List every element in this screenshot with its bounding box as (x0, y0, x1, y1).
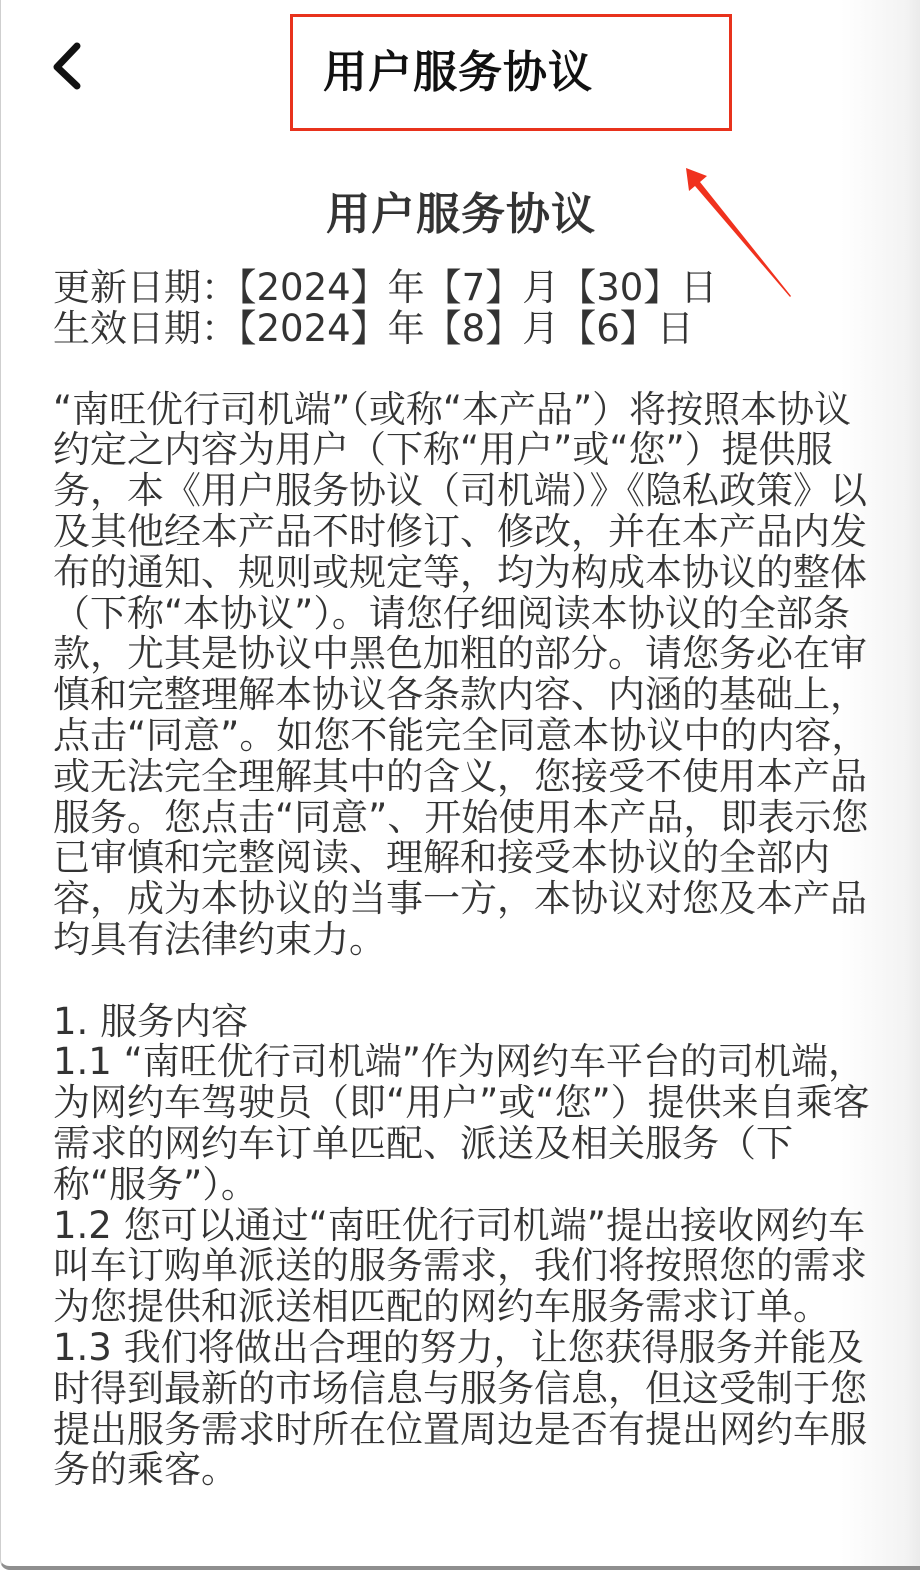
section-item: 1.1 “南旺优行司机端”作为网约车平台的司机端，为网约车驾驶员（即“用户”或“… (53, 1042, 883, 1205)
intro-paragraph: “南旺优行司机端”（或称“本产品”）将按照本协议约定之内容为用户（下称“用户”或… (53, 390, 883, 961)
effective-date: 生效日期：【2024】年【8】月【6】日 (53, 309, 883, 350)
section-item: 1.3 我们将做出合理的努力，让您获得服务并能及时得到最新的市场信息与服务信息，… (53, 1328, 883, 1491)
update-date: 更新日期：【2024】年【7】月【30】日 (53, 268, 883, 309)
document-title: 用户服务协议 (1, 178, 920, 242)
document-body: 更新日期：【2024】年【7】月【30】日 生效日期：【2024】年【8】月【6… (53, 268, 883, 1491)
back-button[interactable] (45, 40, 93, 94)
date-block: 更新日期：【2024】年【7】月【30】日 生效日期：【2024】年【8】月【6… (53, 268, 883, 350)
app-screen: 用户服务协议 用户服务协议 更新日期：【2024】年【7】月【30】日 生效日期… (0, 0, 920, 1570)
section-heading: 1. 服务内容 (53, 1002, 883, 1043)
section-item: 1.2 您可以通过“南旺优行司机端”提出接收网约车叫车订购单派送的服务需求，我们… (53, 1206, 883, 1328)
chevron-left-icon (45, 40, 93, 94)
spacer (53, 961, 883, 1002)
page-title: 用户服务协议 (323, 36, 593, 100)
